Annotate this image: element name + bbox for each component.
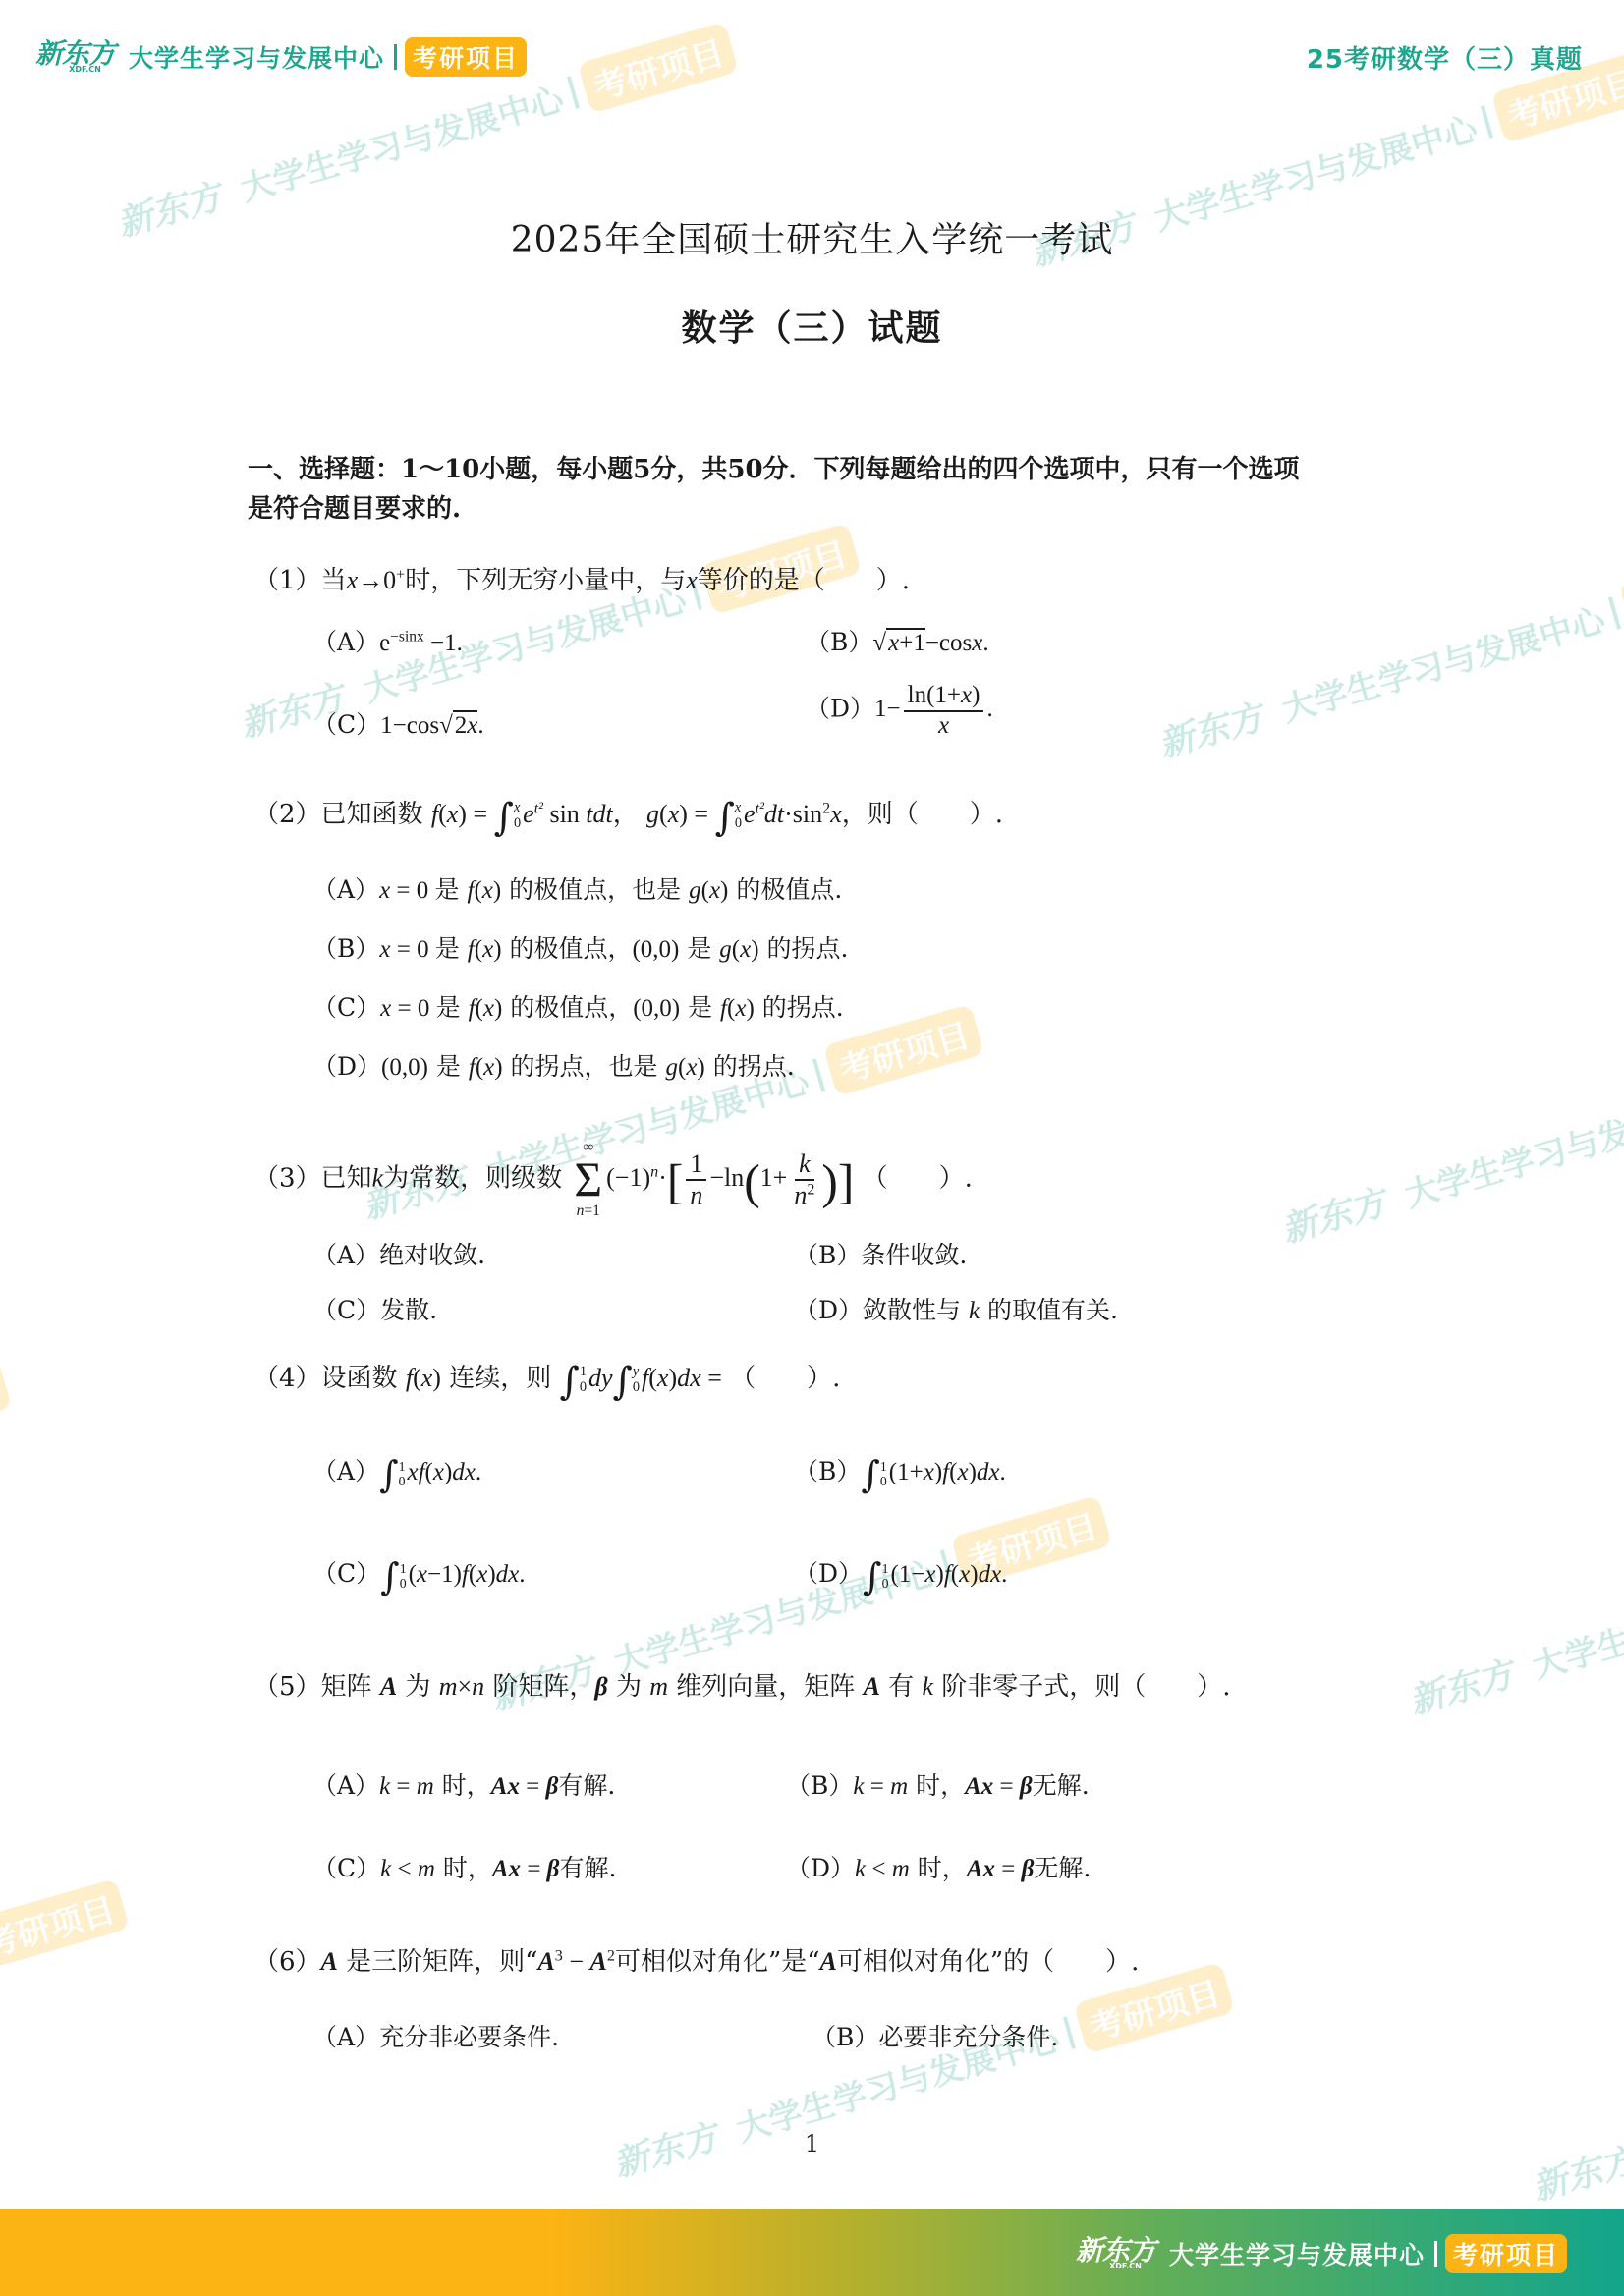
question-number: （3） bbox=[253, 1163, 321, 1193]
q3-option-a[interactable]: （A）绝对收敛. bbox=[312, 1236, 485, 1271]
question-number: （2） bbox=[253, 800, 321, 829]
brand-divider bbox=[394, 44, 397, 70]
header-doc-title: 25考研数学（三）真题 bbox=[1307, 39, 1583, 76]
q4-option-c[interactable]: （C）∫10(x−1)f(x)dx. bbox=[312, 1554, 526, 1598]
watermark: 新东方大学生学习与发展中心 bbox=[1275, 1077, 1624, 1253]
watermark: 新东方大学生学习与发展中心考研项目 bbox=[0, 1358, 12, 1584]
q3-option-d[interactable]: （D）敛散性与 k 的取值有关. bbox=[794, 1291, 1118, 1326]
q3-option-c[interactable]: （C）发散. bbox=[312, 1291, 437, 1326]
q1-option-a[interactable]: （A）e−sinx −1. bbox=[312, 623, 463, 658]
q1-option-c[interactable]: （C）1−cos√2x. bbox=[312, 705, 484, 741]
question-number: （6） bbox=[253, 1947, 321, 1977]
logo-cn: 新东方 bbox=[1076, 2237, 1155, 2265]
q6-option-a[interactable]: （A）充分非必要条件. bbox=[312, 2018, 559, 2053]
q1-option-b[interactable]: （B）√x+1−cosx. bbox=[806, 623, 989, 658]
question-5: （5）矩阵 A 为 m×n 阶矩阵，β 为 m 维列向量，矩阵 A 有 k 阶非… bbox=[253, 1666, 1231, 1703]
xdf-logo: 新东方 XDF.CN bbox=[1076, 2237, 1155, 2270]
section-heading-line2: 是符合题目要求的. bbox=[248, 489, 1387, 529]
question-2: （2）已知函数 f(x) = ∫x0et² sin tdt， g(x) = ∫x… bbox=[253, 794, 1003, 840]
page-number: 1 bbox=[0, 2130, 1624, 2157]
watermark: 新东方大学生学习与发展中心考研项目 bbox=[0, 1878, 130, 2104]
question-3: （3）已知k为常数，则级数 ∞Σn=1(−1)n·[1n−ln(1+kn2)] … bbox=[253, 1140, 973, 1219]
question-4: （4）设函数 f(x) 连续，则 ∫10dy∫y0f(x)dx = （ ）. bbox=[253, 1358, 840, 1404]
brand-divider bbox=[1434, 2241, 1437, 2267]
header-brand: 新东方 XDF.CN 大学生学习与发展中心 考研项目 bbox=[35, 37, 527, 77]
q6-option-b[interactable]: （B）必要非充分条件. bbox=[812, 2018, 1058, 2053]
footer-banner: 新东方 XDF.CN 大学生学习与发展中心 考研项目 bbox=[0, 2209, 1624, 2296]
question-number: （4） bbox=[253, 1364, 321, 1393]
q3-option-b[interactable]: （B）条件收敛. bbox=[794, 1236, 967, 1271]
section-heading-line1: 一、选择题：1～10小题，每小题5分，共50分．下列每题给出的四个选项中，只有一… bbox=[248, 450, 1387, 489]
watermark: 新东方大学生学习与发展中心考研项目 bbox=[1152, 542, 1624, 768]
logo-en: XDF.CN bbox=[69, 66, 101, 74]
brand-text: 大学生学习与发展中心 bbox=[1169, 2236, 1425, 2271]
q4-option-a[interactable]: （A）∫10xf(x)dx. bbox=[312, 1452, 481, 1496]
exam-title: 2025年全国硕士研究生入学统一考试 bbox=[0, 212, 1624, 262]
q5-option-d[interactable]: （D）k < m 时，Ax = β无解. bbox=[786, 1849, 1091, 1884]
q1-option-d[interactable]: （D）1−ln(1+x)x. bbox=[806, 682, 993, 741]
logo-en: XDF.CN bbox=[1109, 2263, 1142, 2270]
q2-option-a[interactable]: （A）x = 0 是 f(x) 的极值点，也是 g(x) 的极值点. bbox=[312, 870, 842, 906]
q2-option-b[interactable]: （B）x = 0 是 f(x) 的极值点，(0,0) 是 g(x) 的拐点. bbox=[312, 929, 848, 965]
logo-cn: 新东方 bbox=[35, 40, 115, 68]
q2-option-d[interactable]: （D）(0,0) 是 f(x) 的拐点，也是 g(x) 的拐点. bbox=[312, 1047, 795, 1083]
watermark: 新东方大学生学习与发展中心 bbox=[1403, 1548, 1624, 1724]
q2-option-c[interactable]: （C）x = 0 是 f(x) 的极值点，(0,0) 是 f(x) 的拐点. bbox=[312, 988, 844, 1024]
question-number: （5） bbox=[253, 1672, 321, 1702]
q4-option-b[interactable]: （B）∫10(1+x)f(x)dx. bbox=[794, 1452, 1006, 1496]
q5-option-c[interactable]: （C）k < m 时，Ax = β有解. bbox=[312, 1849, 616, 1884]
question-1: （1）当x→0+时，下列无穷小量中，与x等价的是（ ）. bbox=[253, 560, 910, 596]
question-number: （1） bbox=[253, 566, 321, 595]
brand-badge: 考研项目 bbox=[1445, 2234, 1567, 2273]
q4-option-d[interactable]: （D）∫10(1−x)f(x)dx. bbox=[794, 1554, 1007, 1598]
q5-option-a[interactable]: （A）k = m 时，Ax = β有解. bbox=[312, 1766, 615, 1802]
xdf-logo: 新东方 XDF.CN bbox=[35, 40, 115, 74]
section-heading: 一、选择题：1～10小题，每小题5分，共50分．下列每题给出的四个选项中，只有一… bbox=[248, 450, 1387, 529]
footer-brand: 新东方 XDF.CN 大学生学习与发展中心 考研项目 bbox=[1076, 2234, 1567, 2273]
q5-option-b[interactable]: （B）k = m 时，Ax = β无解. bbox=[786, 1766, 1090, 1802]
brand-badge: 考研项目 bbox=[405, 37, 527, 77]
question-6: （6）A 是三阶矩阵，则“A3 − A2可相似对角化”是“A可相似对角化”的（ … bbox=[253, 1941, 1139, 1978]
exam-subtitle: 数学（三）试题 bbox=[0, 301, 1624, 351]
brand-text: 大学生学习与发展中心 bbox=[129, 39, 384, 75]
